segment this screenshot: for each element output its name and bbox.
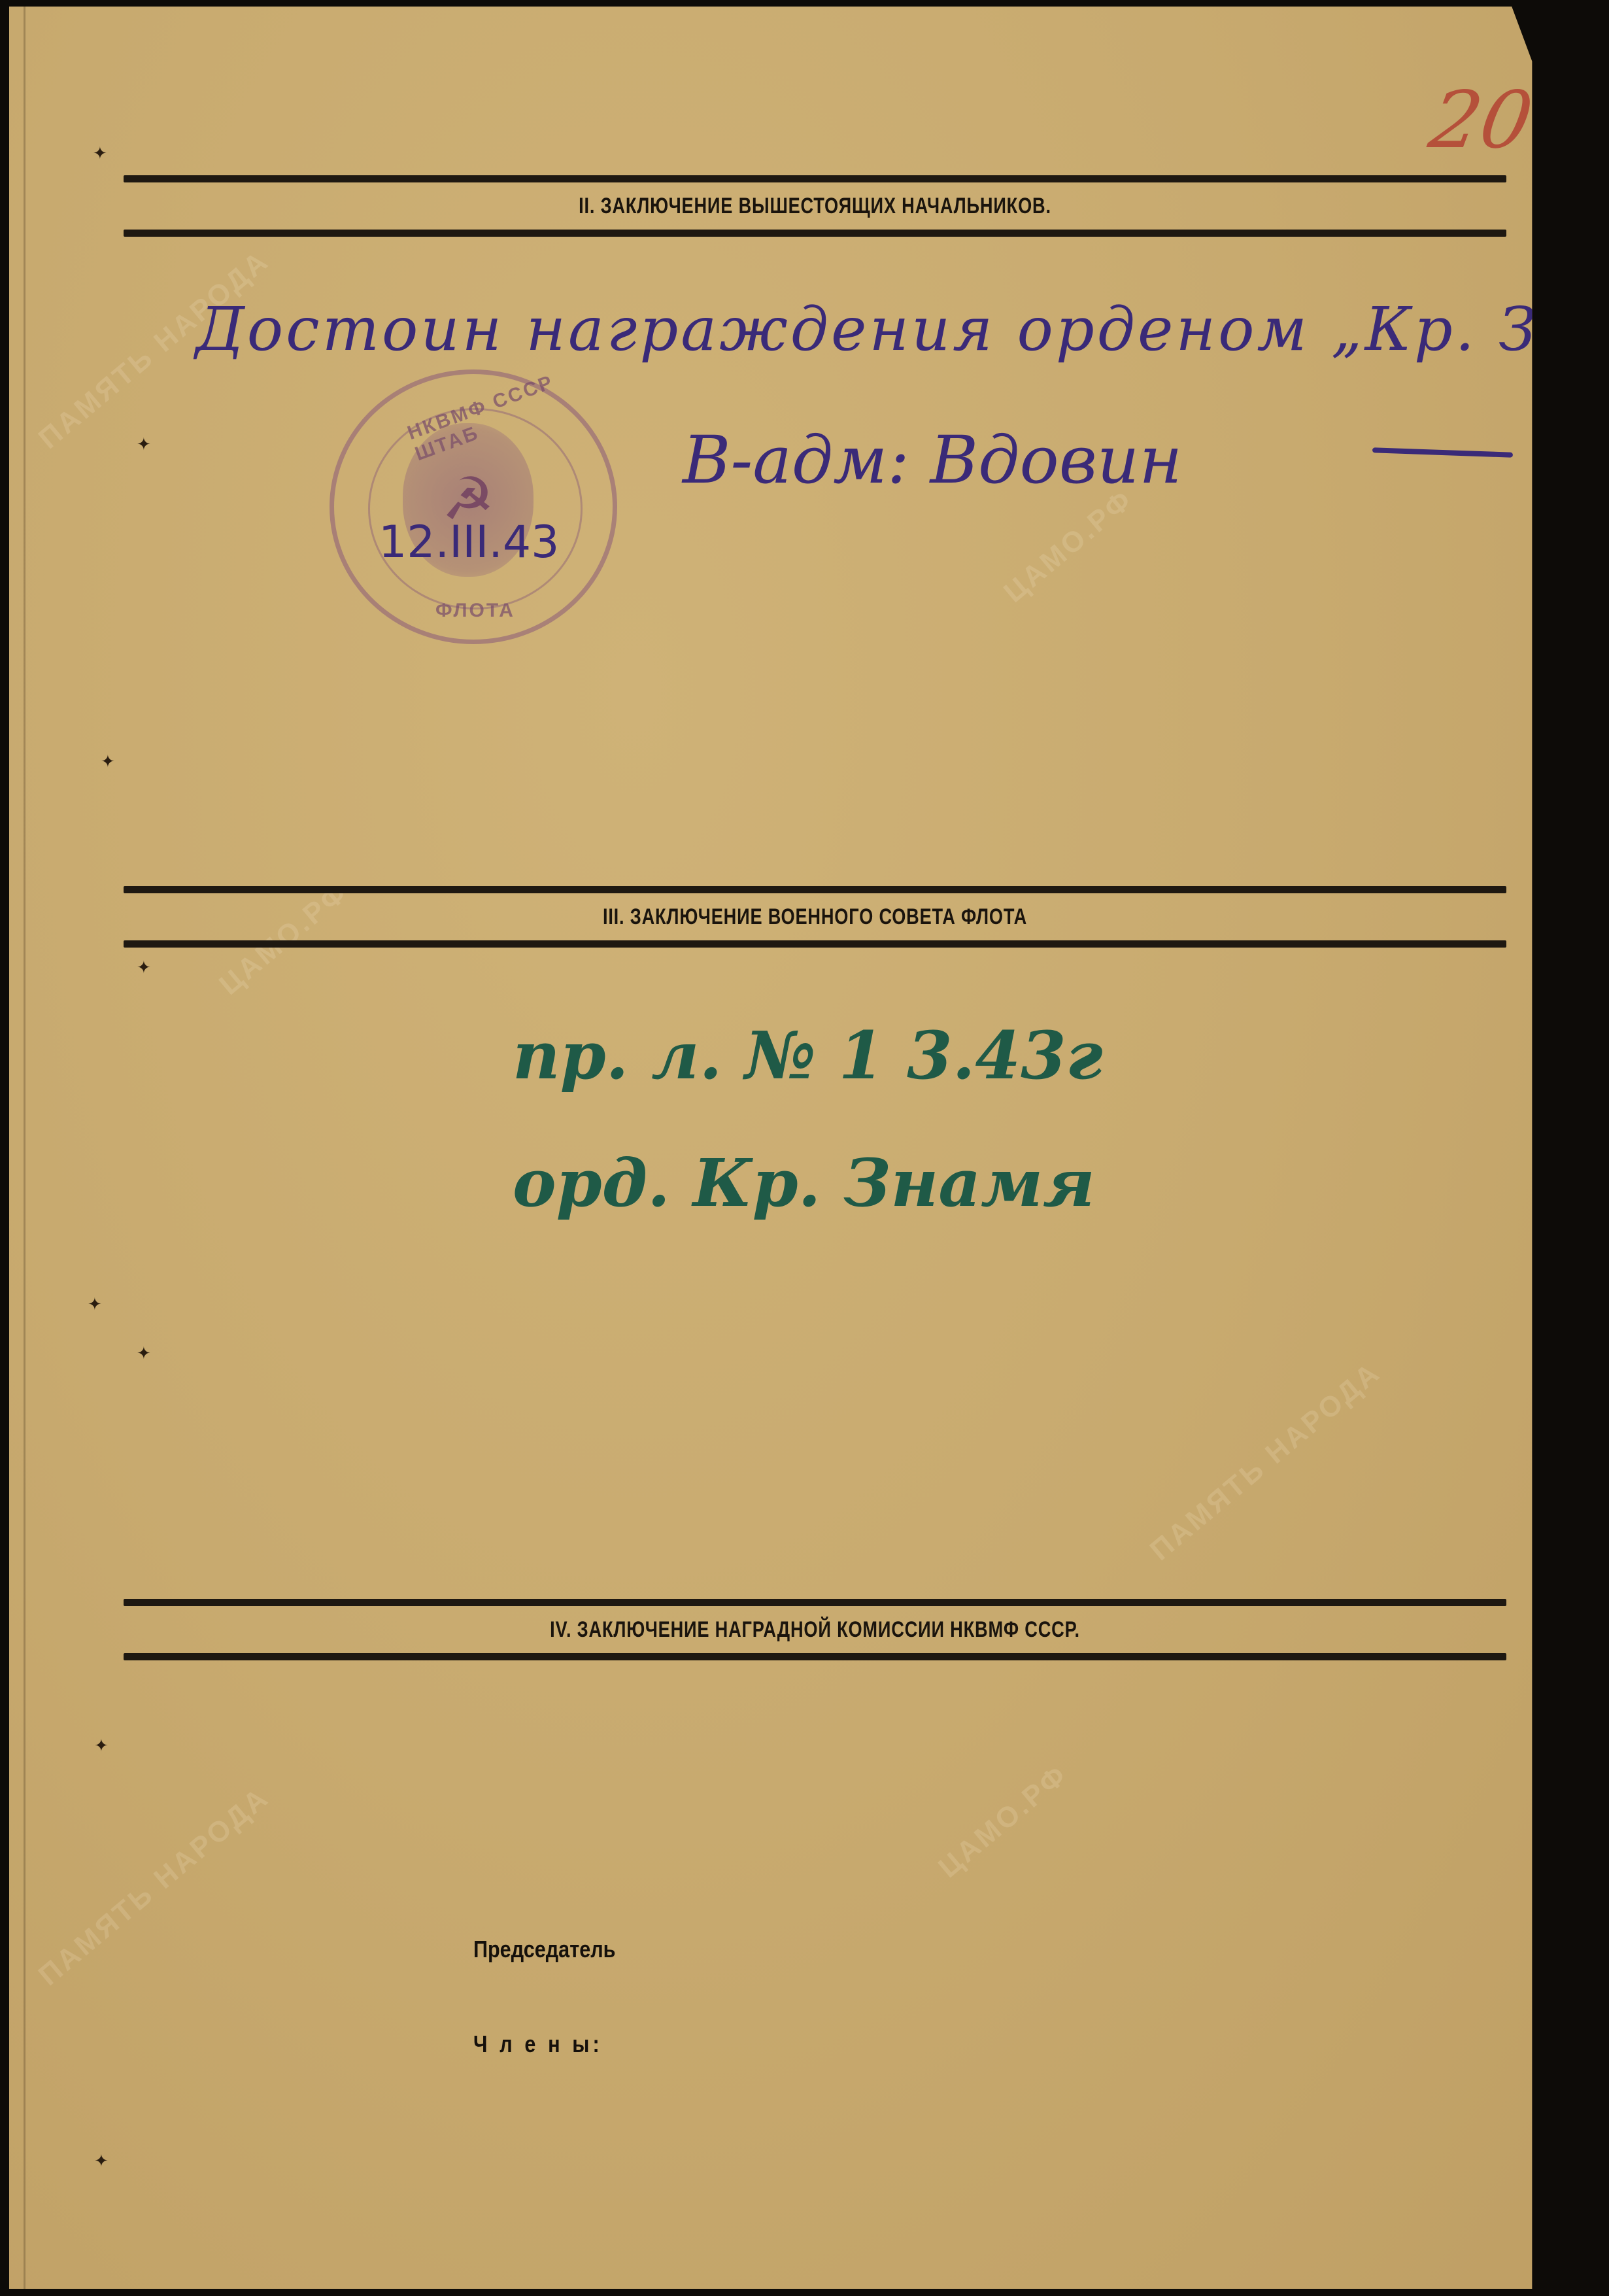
binding-hole-icon: ✦: [101, 755, 112, 767]
binding-hole-icon: ✦: [137, 1347, 148, 1359]
binding-hole-icon: ✦: [94, 2155, 106, 2167]
section-rule: [124, 886, 1506, 893]
section-rule: [124, 230, 1506, 237]
handwritten-signature: В-адм: Вдовин: [683, 422, 1182, 498]
handwritten-recommendation: Достоин награждения орденом „Кр. Знамя": [195, 294, 1609, 364]
page-number: 20: [1423, 75, 1539, 166]
section-ii: II. ЗАКЛЮЧЕНИЕ ВЫШЕСТОЯЩИХ НАЧАЛЬНИКОВ.: [124, 175, 1506, 237]
binding-hole-icon: ✦: [137, 961, 148, 973]
document-page: ✦ ✦ ✦ ✦ ✦ ✦ ✦ ✦ ПАМЯТЬ НАРОДА ЦАМО.РФ ЦА…: [9, 7, 1574, 2289]
binding-margin-line: [24, 7, 25, 2289]
handwritten-order-reference: пр. л. № 1 3.43г: [513, 1017, 1103, 1094]
signature-underline: [1372, 447, 1513, 457]
section-rule: [124, 1653, 1506, 1660]
section-title: II. ЗАКЛЮЧЕНИЕ ВЫШЕСТОЯЩИХ НАЧАЛЬНИКОВ.: [262, 182, 1368, 230]
section-title: III. ЗАКЛЮЧЕНИЕ ВОЕННОГО СОВЕТА ФЛОТА: [262, 893, 1368, 940]
watermark: ПАМЯТЬ НАРОДА: [33, 1781, 276, 1992]
members-label: Ч л е н ы:: [473, 2030, 603, 2058]
binding-hole-icon: ✦: [88, 1298, 99, 1310]
handwritten-date: 12.III.43: [379, 517, 559, 568]
stamp-bottom-text: ФЛОТА: [435, 600, 515, 622]
binding-hole-icon: ✦: [94, 1739, 106, 1751]
section-rule: [124, 175, 1506, 182]
binding-hole-icon: ✦: [137, 438, 148, 450]
chairman-label: Председатель: [473, 1936, 615, 1963]
section-rule: [124, 940, 1506, 948]
handwritten-award: орд. Кр. Знамя: [513, 1144, 1095, 1222]
watermark: ПАМЯТЬ НАРОДА: [1144, 1356, 1387, 1567]
section-title: IV. ЗАКЛЮЧЕНИЕ НАГРАДНОЙ КОМИССИИ НКВМФ …: [262, 1606, 1368, 1653]
section-iii: III. ЗАКЛЮЧЕНИЕ ВОЕННОГО СОВЕТА ФЛОТА: [124, 886, 1506, 948]
section-iv: IV. ЗАКЛЮЧЕНИЕ НАГРАДНОЙ КОМИССИИ НКВМФ …: [124, 1599, 1506, 1660]
section-rule: [124, 1599, 1506, 1606]
binding-hole-icon: ✦: [93, 147, 105, 159]
watermark: ЦАМО.РФ: [932, 1758, 1074, 1884]
official-stamp: ☭ НКВМФ СССР ШТАБ ФЛОТА: [330, 369, 617, 644]
watermark: ЦАМО.РФ: [998, 483, 1140, 609]
